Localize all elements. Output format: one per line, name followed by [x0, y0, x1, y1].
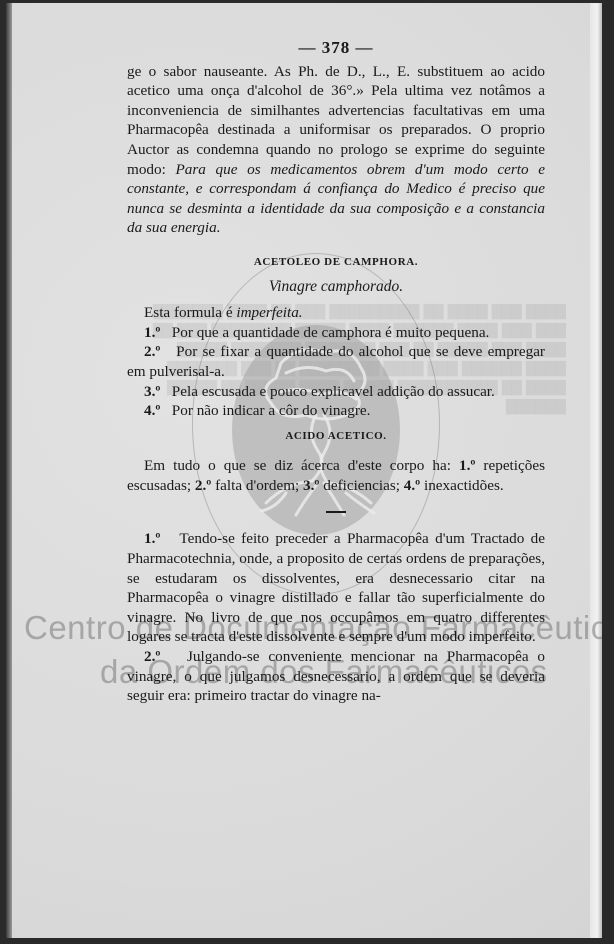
summary-text: falta d'ordem; — [211, 477, 303, 494]
section-3-item-1: 1.º Tendo-se feito preceder a Pharmacopê… — [127, 529, 545, 647]
item-text: Por não indicar a côr do vinagre. — [172, 402, 371, 419]
summary-text: deficiencias; — [319, 477, 403, 494]
section-1-item-1: 1.º Por que a quantidade de camphora é m… — [127, 323, 545, 343]
page-content: — 378 — ge o sabor nauseante. As Ph. de … — [127, 38, 545, 706]
item-text: Por que a quantidade de camphora é muito… — [172, 324, 490, 341]
summary-number: 3.º — [303, 477, 319, 494]
item-number: 3.º — [144, 383, 160, 400]
section-1-intro: Esta formula é imperfeita. — [127, 303, 545, 323]
section-1-item-2: 2.º Por se fixar a quantidade do alcohol… — [127, 342, 545, 381]
summary-number: 4.º — [404, 477, 420, 494]
heading-acetoleo-de-camphora: ACETOLEO DE CAMPHORA. — [127, 253, 545, 273]
page-outer-edge — [590, 3, 602, 938]
heading-acido-acetico: ACIDO ACETICO. — [127, 427, 545, 447]
paragraph-opening-quote: Para que os medicamentos obrem d'um modo… — [127, 161, 545, 237]
item-number: 1.º — [144, 324, 160, 341]
item-text: Pela escusada e pouco explicavel addição… — [172, 383, 495, 400]
paragraph-opening: ge o sabor nauseante. As Ph. de D., L., … — [127, 62, 545, 238]
summary-text: inexactidões. — [420, 477, 504, 494]
item-text: Julgando-se conveniente mencionar na Pha… — [127, 648, 545, 704]
section-divider — [326, 511, 346, 513]
item-text: Por se fixar a quantidade do alcohol que… — [127, 343, 545, 380]
subheading-vinagre-camphorado: Vinagre camphorado. — [127, 277, 545, 297]
summary-number: 1.º — [459, 457, 475, 474]
section-1-intro-text: Esta formula é — [144, 304, 236, 321]
section-1-item-4: 4.º Por não indicar a côr do vinagre. — [127, 401, 545, 421]
section-1-intro-italic: imperfeita. — [236, 304, 302, 321]
page-binding-edge — [6, 3, 12, 938]
item-text: Tendo-se feito preceder a Pharmacopêa d'… — [127, 530, 545, 645]
summary-number: 2.º — [195, 477, 211, 494]
item-number: 1.º — [144, 530, 160, 547]
item-number: 2.º — [144, 648, 160, 665]
section-3-item-2: 2.º Julgando-se conveniente mencionar na… — [127, 647, 545, 706]
section-2-summary: Em tudo o que se diz ácerca d'este corpo… — [127, 456, 545, 495]
summary-text: Em tudo o que se diz ácerca d'este corpo… — [144, 457, 459, 474]
section-1-item-3: 3.º Pela escusada e pouco explicavel add… — [127, 382, 545, 402]
page-number: — 378 — — [127, 38, 545, 58]
item-number: 4.º — [144, 402, 160, 419]
item-number: 2.º — [144, 343, 160, 360]
